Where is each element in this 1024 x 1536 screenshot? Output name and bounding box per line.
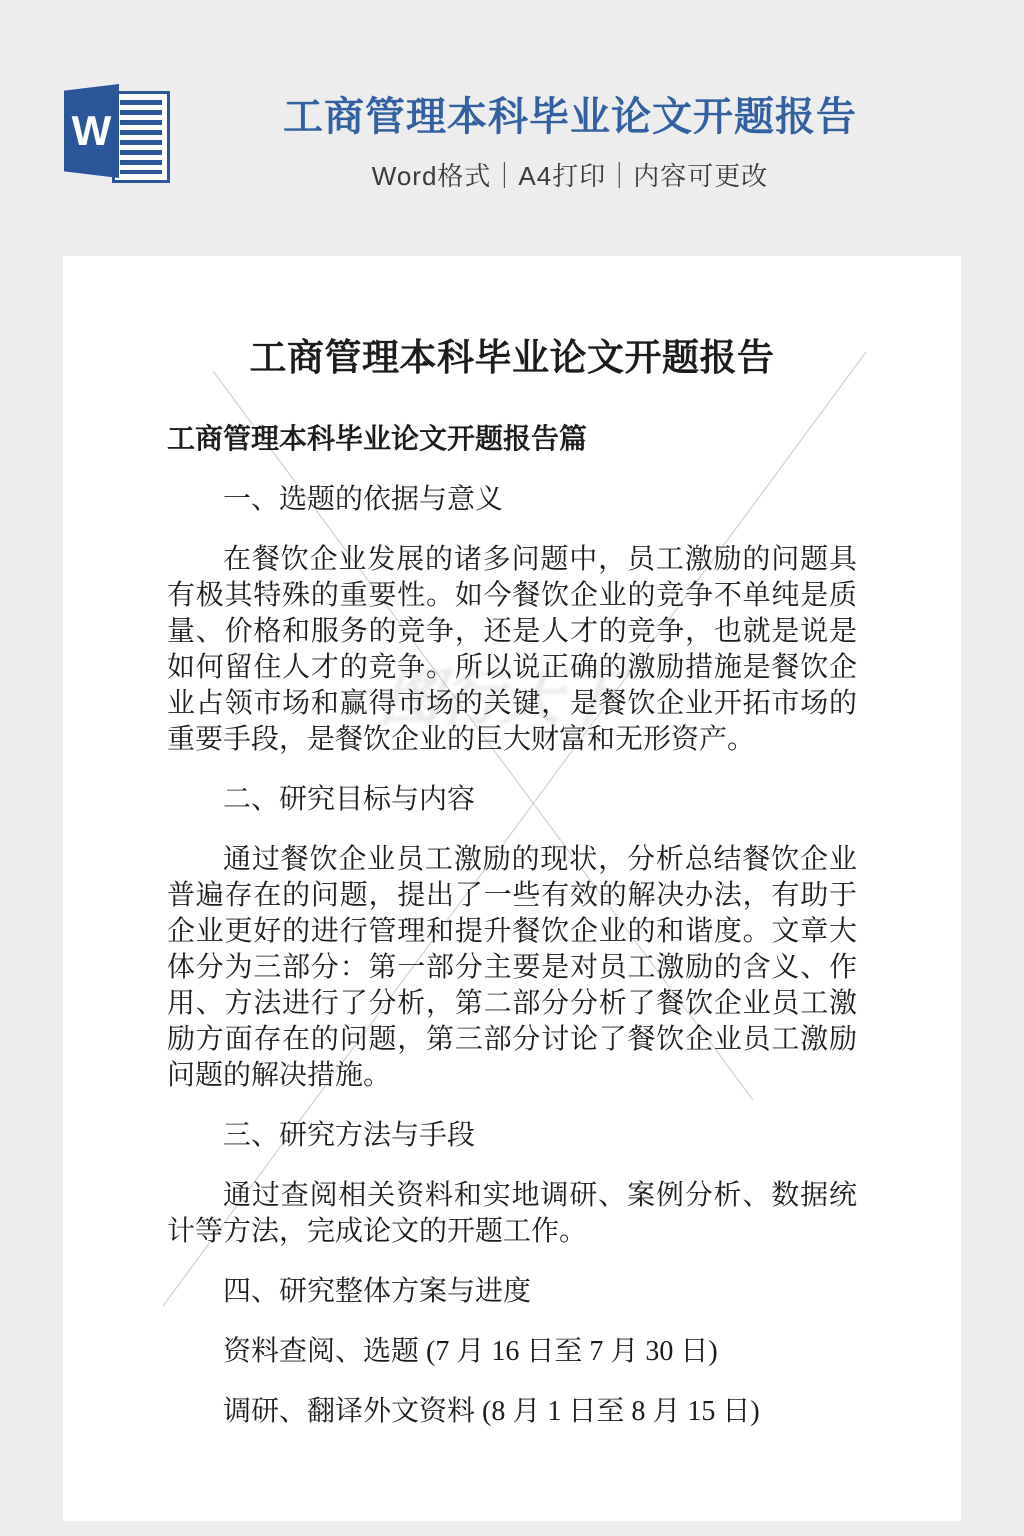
section-2-heading: 二、研究目标与内容 xyxy=(167,782,857,818)
document-title: 工商管理本科毕业论文开题报告 xyxy=(167,336,857,382)
section-2-paragraph: 通过餐饮企业员工激励的现状，分析总结餐饮企业普遍存在的问题，提出了一些有效的解决… xyxy=(167,842,857,1094)
document-page: 图行天下 工商管理本科毕业论文开题报告 工商管理本科毕业论文开题报告篇 一、选题… xyxy=(63,256,961,1521)
section-3-paragraph: 通过查阅相关资料和实地调研、案例分析、数据统计等方法，完成论文的开题工作。 xyxy=(167,1178,857,1250)
template-subtitle: Word格式｜A4打印｜内容可更改 xyxy=(120,156,1020,193)
word-icon-cover: W xyxy=(64,84,119,178)
section-3-heading: 三、研究方法与手段 xyxy=(167,1118,857,1154)
schedule-line-2: 调研、翻译外文资料 (8 月 1 日至 8 月 15 日) xyxy=(167,1394,857,1430)
header-text-block: 工商管理本科毕业论文开题报告 Word格式｜A4打印｜内容可更改 xyxy=(120,94,1020,193)
schedule-line-1: 资料查阅、选题 (7 月 16 日至 7 月 30 日) xyxy=(167,1334,857,1370)
site-header: W 工商管理本科毕业论文开题报告 Word格式｜A4打印｜内容可更改 xyxy=(0,0,1024,256)
section-4-heading: 四、研究整体方案与进度 xyxy=(167,1274,857,1310)
page-background: W 工商管理本科毕业论文开题报告 Word格式｜A4打印｜内容可更改 图行天下 … xyxy=(0,0,1024,1536)
document-subheading: 工商管理本科毕业论文开题报告篇 xyxy=(167,420,857,458)
word-icon-letter: W xyxy=(72,110,112,152)
section-1-paragraph: 在餐饮企业发展的诸多问题中，员工激励的问题具有极其特殊的重要性。如今餐饮企业的竞… xyxy=(167,542,857,758)
section-1-heading: 一、选题的依据与意义 xyxy=(167,482,857,518)
template-title: 工商管理本科毕业论文开题报告 xyxy=(120,94,1020,140)
